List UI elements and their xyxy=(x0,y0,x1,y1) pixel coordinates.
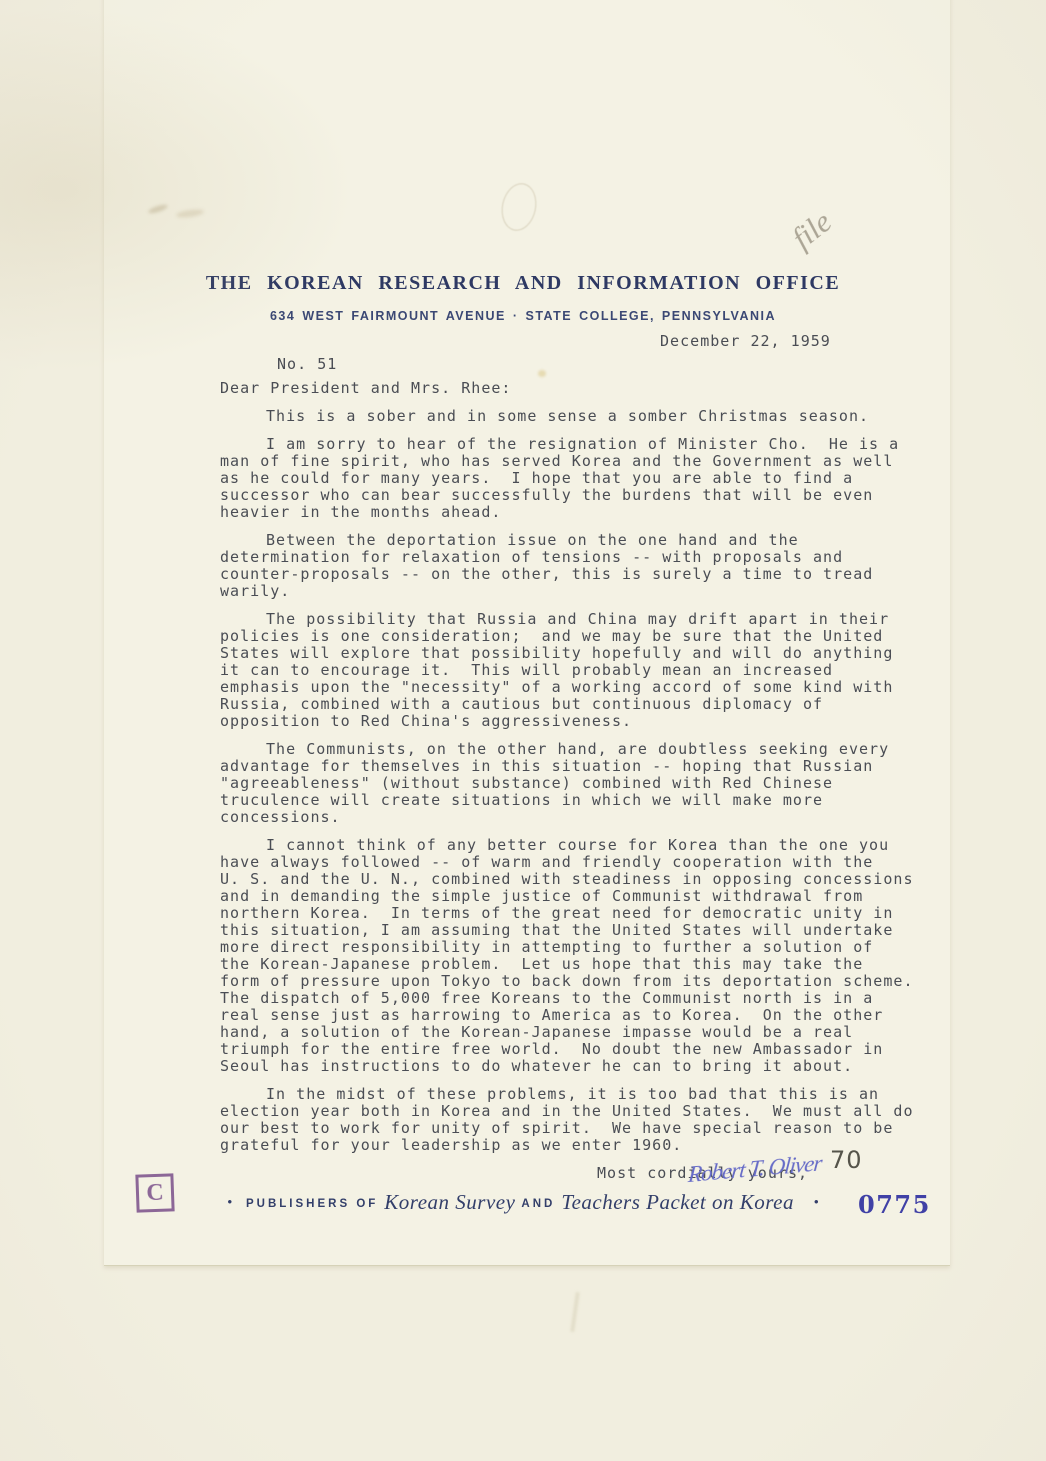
paper-crease xyxy=(570,1292,580,1332)
organization-name: THE KOREAN RESEARCH AND INFORMATION OFFI… xyxy=(0,272,1046,295)
serial-number-stamp: 0775 xyxy=(858,1190,931,1219)
and-label: AND xyxy=(521,1198,555,1210)
letter-number: No. 51 xyxy=(277,356,337,373)
paper-stain xyxy=(538,370,546,377)
letter-paragraph: I am sorry to hear of the resignation of… xyxy=(220,436,950,521)
footer-bullet-right: • xyxy=(814,1194,819,1209)
letter-paragraph: The possibility that Russia and China ma… xyxy=(220,611,950,730)
letter-paragraph: The Communists, on the other hand, are d… xyxy=(220,741,950,826)
salutation: Dear President and Mrs. Rhee: xyxy=(220,380,950,397)
letter-paragraph: Between the deportation issue on the one… xyxy=(220,532,950,600)
letter-date: December 22, 1959 xyxy=(660,333,831,350)
organization-address: 634 WEST FAIRMOUNT AVENUE · STATE COLLEG… xyxy=(0,309,1046,323)
c-stamp: C xyxy=(135,1173,174,1212)
letter-paragraph: This is a sober and in some sense a somb… xyxy=(220,408,950,425)
publication-korean-survey: Korean Survey xyxy=(384,1190,515,1214)
page-number-annotation: 70 xyxy=(830,1146,863,1174)
publication-teachers-packet: Teachers Packet on Korea xyxy=(561,1190,794,1214)
letter-body: Dear President and Mrs. Rhee: This is a … xyxy=(220,380,950,1182)
letter-paragraph: In the midst of these problems, it is to… xyxy=(220,1086,950,1154)
footer-bullet-left: • xyxy=(227,1194,232,1209)
publishers-of-label: PUBLISHERS OF xyxy=(246,1198,378,1210)
letter-paragraph: I cannot think of any better course for … xyxy=(220,837,950,1075)
scanned-letter-page: file THE KOREAN RESEARCH AND INFORMATION… xyxy=(0,0,1046,1461)
